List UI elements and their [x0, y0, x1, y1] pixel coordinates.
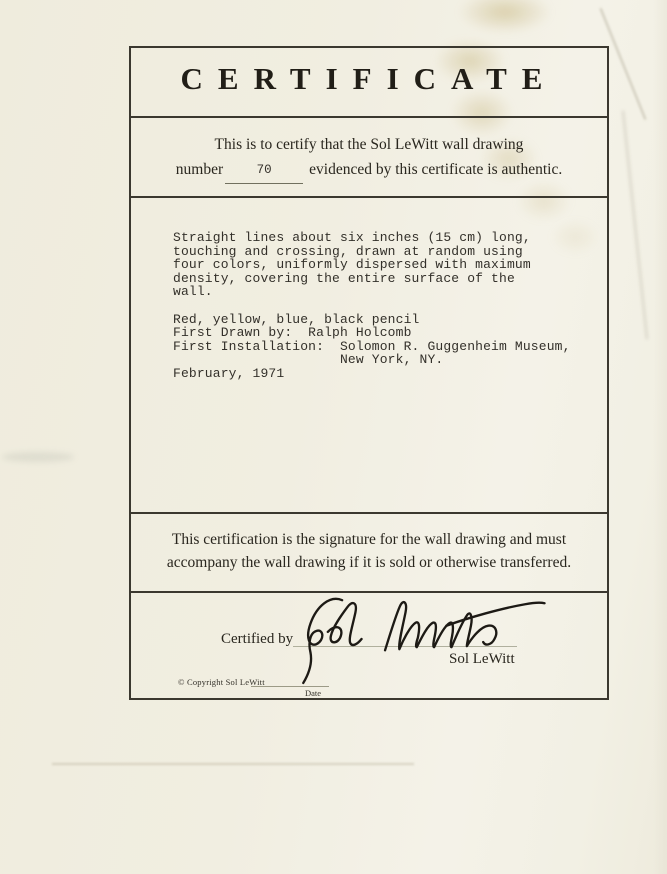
scanned-certificate-page: CERTIFICATE This is to certify that the …: [0, 0, 667, 874]
number-label: number: [176, 158, 223, 182]
number-value: 70: [257, 163, 272, 177]
signer-printed-name: Sol LeWitt: [449, 651, 515, 668]
certificate-frame: CERTIFICATE This is to certify that the …: [129, 46, 609, 700]
legal-line2: accompany the wall drawing if it is sold…: [131, 551, 607, 574]
legal-section: This certification is the signature for …: [131, 514, 607, 593]
date-label: Date: [305, 688, 321, 698]
signature-section: Certified by Sol LeWitt © Copyright Sol …: [131, 593, 607, 698]
certify-line1: This is to certify that the Sol LeWitt w…: [131, 133, 607, 157]
work-details-text: Red, yellow, blue, black pencil First Dr…: [173, 313, 587, 381]
paper-crease: [622, 111, 648, 340]
paper-edge-shadow: [653, 0, 667, 874]
certify-line2-rest: evidenced by this certificate is authent…: [309, 158, 562, 182]
work-description-section: Straight lines about six inches (15 cm) …: [131, 198, 607, 514]
number-blank-field: 70: [225, 158, 303, 184]
certify-line2: number 70 evidenced by this certificate …: [131, 158, 607, 184]
paper-smudge: [2, 452, 74, 462]
title-section: CERTIFICATE: [131, 48, 607, 118]
certify-section: This is to certify that the Sol LeWitt w…: [131, 118, 607, 198]
legal-line1: This certification is the signature for …: [131, 528, 607, 551]
work-description-text: Straight lines about six inches (15 cm) …: [173, 231, 587, 299]
stain-blob: [440, 0, 570, 42]
paper-crease: [52, 763, 414, 765]
certified-by-label: Certified by: [221, 631, 293, 648]
sol-lewitt-signature-icon: [284, 593, 572, 685]
date-blank-line: [251, 686, 329, 687]
certificate-title: CERTIFICATE: [131, 62, 607, 96]
